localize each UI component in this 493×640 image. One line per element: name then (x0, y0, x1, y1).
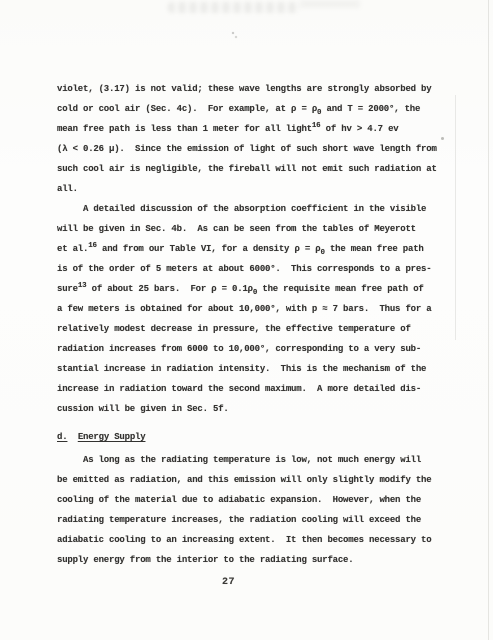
text-line: all. (57, 179, 453, 199)
text-line: such cool air is negligible, the firebal… (57, 159, 453, 179)
scan-smudge-top-right (300, 0, 360, 8)
text-line: (λ < 0.26 μ). Since the emission of ligh… (57, 139, 453, 159)
text-line: As long as the radiating temperature is … (57, 450, 453, 470)
section-heading: d. Energy Supply (57, 427, 453, 447)
text-line: radiating temperature increases, the rad… (57, 510, 453, 530)
paragraph: As long as the radiating temperature is … (57, 450, 453, 570)
text-line: relatively modest decrease in pressure, … (57, 319, 453, 339)
document-text: violet, (3.17) is not valid; these wave … (57, 79, 453, 570)
text-line: is of the order of 5 meters at about 600… (57, 259, 453, 279)
document-page: violet, (3.17) is not valid; these wave … (0, 0, 493, 640)
text-line: cooling of the material due to adiabatic… (57, 490, 453, 510)
paragraph: violet, (3.17) is not valid; these wave … (57, 79, 453, 199)
text-line: violet, (3.17) is not valid; these wave … (57, 79, 453, 99)
text-line: et al.16 and from our Table VI, for a de… (57, 239, 453, 259)
text-line: stantial increase in radiation intensity… (57, 359, 453, 379)
scan-smudge-top (168, 2, 300, 13)
scan-speck-dots (231, 31, 239, 39)
text-line: be emitted as radiation, and this emissi… (57, 470, 453, 490)
text-line: a few meters is obtained for about 10,00… (57, 299, 453, 319)
text-line: radiation increases from 6000 to 10,000°… (57, 339, 453, 359)
text-line: sure13 of about 25 bars. For ρ = 0.1ρ0 t… (57, 279, 453, 299)
text-line: cold or cool air (Sec. 4c). For example,… (57, 99, 453, 119)
text-line: cussion will be given in Sec. 5f. (57, 399, 453, 419)
text-line: mean free path is less than 1 meter for … (57, 119, 453, 139)
page-number: 27 (222, 577, 235, 588)
text-line: A detailed discussion of the absorption … (57, 199, 453, 219)
text-line: increase in radiation toward the second … (57, 379, 453, 399)
scan-faint-line (455, 95, 456, 340)
text-line: d. Energy Supply (57, 427, 453, 447)
paragraph: A detailed discussion of the absorption … (57, 199, 453, 419)
text-line: supply energy from the interior to the r… (57, 550, 453, 570)
scan-edge-line (488, 0, 489, 640)
text-line: adiabatic cooling to an increasing exten… (57, 530, 453, 550)
text-line: will be given in Sec. 4b. As can be seen… (57, 219, 453, 239)
